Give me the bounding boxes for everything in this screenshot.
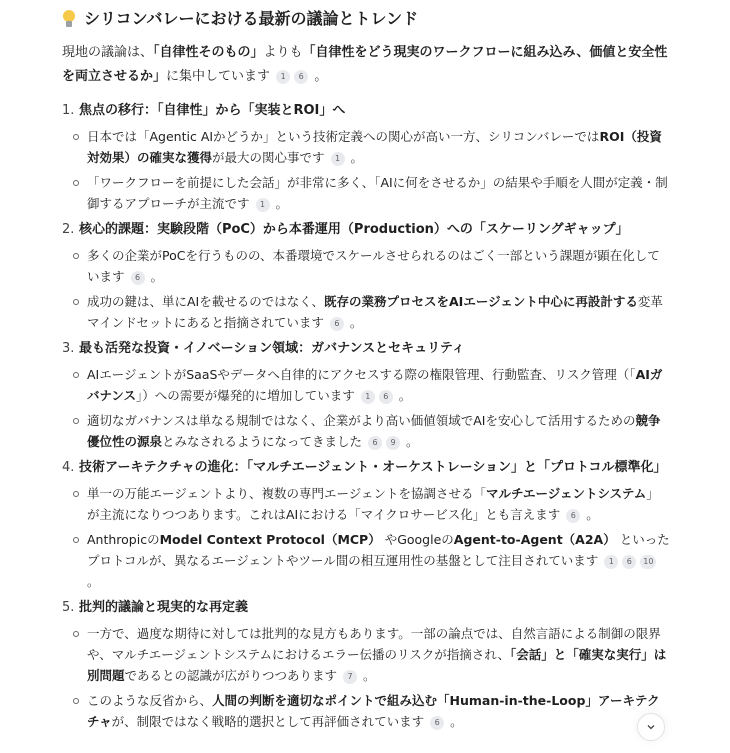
period: 。 xyxy=(351,150,364,165)
trend-title: 3. 最も活発な投資・イノベーション領域：ガバナンスとセキュリティ xyxy=(62,337,670,361)
period: 。 xyxy=(363,668,376,683)
text: 」）への需要が爆発的に増加しています xyxy=(136,388,355,403)
citation-chip[interactable]: 6 xyxy=(131,271,145,285)
citation-chip[interactable]: 9 xyxy=(386,436,400,450)
bold-text: Agent-to-Agent（A2A） xyxy=(454,532,616,547)
trend-title: 4. 技術アーキテクチャの進化：「マルチエージェント・オーケストレーション」と「… xyxy=(62,456,670,480)
title-text: 焦点の移行：「自律性」から「実装とROI」へ xyxy=(79,103,345,118)
trend-title: 5. 批判的議論と現実的な再定義 xyxy=(62,596,670,620)
citation-chip[interactable]: 6 xyxy=(330,317,344,331)
period: 。 xyxy=(450,714,463,729)
lightbulb-icon xyxy=(62,9,76,29)
text: が、制限ではなく戦略的選択として再評価されています xyxy=(112,714,425,729)
period: 。 xyxy=(314,69,327,84)
trend-item-1: 1. 焦点の移行：「自律性」から「実装とROI」へ 日本では「Agentic A… xyxy=(62,99,670,214)
title-text: 批判的議論と現実的な再定義 xyxy=(79,600,248,615)
text: 多くの企業がPoCを行うものの、本番環境でスケールさせられるのはごく一部という課… xyxy=(87,248,660,284)
trend-title: 1. 焦点の移行：「自律性」から「実装とROI」へ xyxy=(62,99,670,123)
citation-chip[interactable]: 6 xyxy=(430,716,444,730)
item-number: 2. xyxy=(62,222,74,237)
item-number: 3. xyxy=(62,341,74,356)
chevron-down-icon xyxy=(646,722,656,732)
intro-text: 現地の議論は、 xyxy=(62,45,153,60)
period: 。 xyxy=(399,388,412,403)
citation-chip[interactable]: 10 xyxy=(640,555,656,569)
citation-chip[interactable]: 6 xyxy=(368,436,382,450)
sub-list: AIエージェントがSaaSやデータへ自律的にアクセスする際の権限管理、行動監査、… xyxy=(62,364,670,452)
text: とみなされるようになってきました xyxy=(162,434,362,449)
period: 。 xyxy=(350,315,363,330)
text: 適切なガバナンスは単なる規制ではなく、企業がより高い価値領域でAIを安心して活用… xyxy=(87,413,636,428)
title-text: 核心的課題：実験段階（PoC）から本番運用（Production）への「スケーリ… xyxy=(79,222,629,237)
citation-chip[interactable]: 7 xyxy=(343,670,357,684)
bold-text: Model Context Protocol（MCP） xyxy=(160,532,381,547)
period: 。 xyxy=(275,196,288,211)
period: 。 xyxy=(87,574,100,589)
response-content: シリコンバレーにおける最新の議論とトレンド 現地の議論は、「自律性そのもの」より… xyxy=(62,0,670,736)
trend-title: 2. 核心的課題：実験段階（PoC）から本番運用（Production）への「ス… xyxy=(62,218,670,242)
title-text: 技術アーキテクチャの進化：「マルチエージェント・オーケストレーション」と「プロト… xyxy=(79,460,667,475)
bold-text: 既存の業務プロセスをAIエージェント中心に再設計する xyxy=(324,294,638,309)
intro-text: に集中しています xyxy=(166,69,270,84)
citation-chip[interactable]: 1 xyxy=(256,198,270,212)
sub-list: 単一の万能エージェントより、複数の専門エージェントを協調させる「マルチエージェン… xyxy=(62,483,670,592)
text: Anthropicの xyxy=(87,532,160,547)
list-item: AnthropicのModel Context Protocol（MCP） やG… xyxy=(62,529,670,592)
text: 単一の万能エージェントより、複数の専門エージェントを協調させる「 xyxy=(87,486,486,501)
trend-item-3: 3. 最も活発な投資・イノベーション領域：ガバナンスとセキュリティ AIエージェ… xyxy=(62,337,670,452)
text: このような反省から、 xyxy=(87,693,212,708)
citation-chip[interactable]: 6 xyxy=(566,509,580,523)
text: やGoogleの xyxy=(381,532,454,547)
item-number: 1. xyxy=(62,103,74,118)
item-number: 5. xyxy=(62,600,74,615)
period: 。 xyxy=(586,507,599,522)
sub-list: 一方で、過度な期待に対しては批判的な見方もあります。一部の論点では、自然言語によ… xyxy=(62,623,670,732)
citation-chip[interactable]: 1 xyxy=(604,555,618,569)
list-item: 多くの企業がPoCを行うものの、本番環境でスケールさせられるのはごく一部という課… xyxy=(62,245,670,287)
list-item: AIエージェントがSaaSやデータへ自律的にアクセスする際の権限管理、行動監査、… xyxy=(62,364,670,406)
citation-chip[interactable]: 6 xyxy=(294,70,308,84)
text: 「ワークフローを前提にした会話」が非常に多く、「AIに何をさせるか」の結果や手順… xyxy=(87,175,668,211)
heading-text: シリコンバレーにおける最新の議論とトレンド xyxy=(84,8,418,30)
intro-bold: 「自律性そのもの」 xyxy=(153,45,264,60)
citation-chip[interactable]: 1 xyxy=(276,70,290,84)
citation-chip[interactable]: 6 xyxy=(379,390,393,404)
trend-item-2: 2. 核心的課題：実験段階（PoC）から本番運用（Production）への「ス… xyxy=(62,218,670,333)
intro-paragraph: 現地の議論は、「自律性そのもの」よりも「自律性をどう現実のワークフローに組み込み… xyxy=(62,41,670,89)
list-item: 「ワークフローを前提にした会話」が非常に多く、「AIに何をさせるか」の結果や手順… xyxy=(62,172,670,214)
list-item: このような反省から、人間の判断を適切なポイントで組み込む「Human-in-th… xyxy=(62,690,670,732)
period: 。 xyxy=(150,269,163,284)
text: であるとの認識が広がりつつあります xyxy=(125,668,338,683)
citation-chip[interactable]: 1 xyxy=(331,152,345,166)
item-number: 4. xyxy=(62,460,74,475)
section-heading: シリコンバレーにおける最新の議論とトレンド xyxy=(62,0,670,33)
trend-item-5: 5. 批判的議論と現実的な再定義 一方で、過度な期待に対しては批判的な見方もあり… xyxy=(62,596,670,732)
list-item: 一方で、過度な期待に対しては批判的な見方もあります。一部の論点では、自然言語によ… xyxy=(62,623,670,686)
trend-list: 1. 焦点の移行：「自律性」から「実装とROI」へ 日本では「Agentic A… xyxy=(62,99,670,732)
list-item: 適切なガバナンスは単なる規制ではなく、企業がより高い価値領域でAIを安心して活用… xyxy=(62,410,670,452)
citation-chip[interactable]: 6 xyxy=(622,555,636,569)
citation-chip[interactable]: 1 xyxy=(361,390,375,404)
title-text: 最も活発な投資・イノベーション領域：ガバナンスとセキュリティ xyxy=(79,341,465,356)
sub-list: 日本では「Agentic AIかどうか」という技術定義への関心が高い一方、シリコ… xyxy=(62,126,670,214)
period: 。 xyxy=(406,434,419,449)
intro-text: よりも xyxy=(264,45,303,60)
bold-text: マルチエージェントシステム xyxy=(486,486,646,501)
text: が最大の関心事です xyxy=(212,150,325,165)
trend-item-4: 4. 技術アーキテクチャの進化：「マルチエージェント・オーケストレーション」と「… xyxy=(62,456,670,592)
list-item: 単一の万能エージェントより、複数の専門エージェントを協調させる「マルチエージェン… xyxy=(62,483,670,525)
scroll-to-bottom-button[interactable] xyxy=(637,713,665,741)
text: 成功の鍵は、単にAIを載せるのではなく、 xyxy=(87,294,324,309)
text: AIエージェントがSaaSやデータへ自律的にアクセスする際の権限管理、行動監査、… xyxy=(87,367,636,382)
text: 日本では「Agentic AIかどうか」という技術定義への関心が高い一方、シリコ… xyxy=(87,129,599,144)
list-item: 日本では「Agentic AIかどうか」という技術定義への関心が高い一方、シリコ… xyxy=(62,126,670,168)
sub-list: 多くの企業がPoCを行うものの、本番環境でスケールさせられるのはごく一部という課… xyxy=(62,245,670,333)
list-item: 成功の鍵は、単にAIを載せるのではなく、既存の業務プロセスをAIエージェント中心… xyxy=(62,291,670,333)
